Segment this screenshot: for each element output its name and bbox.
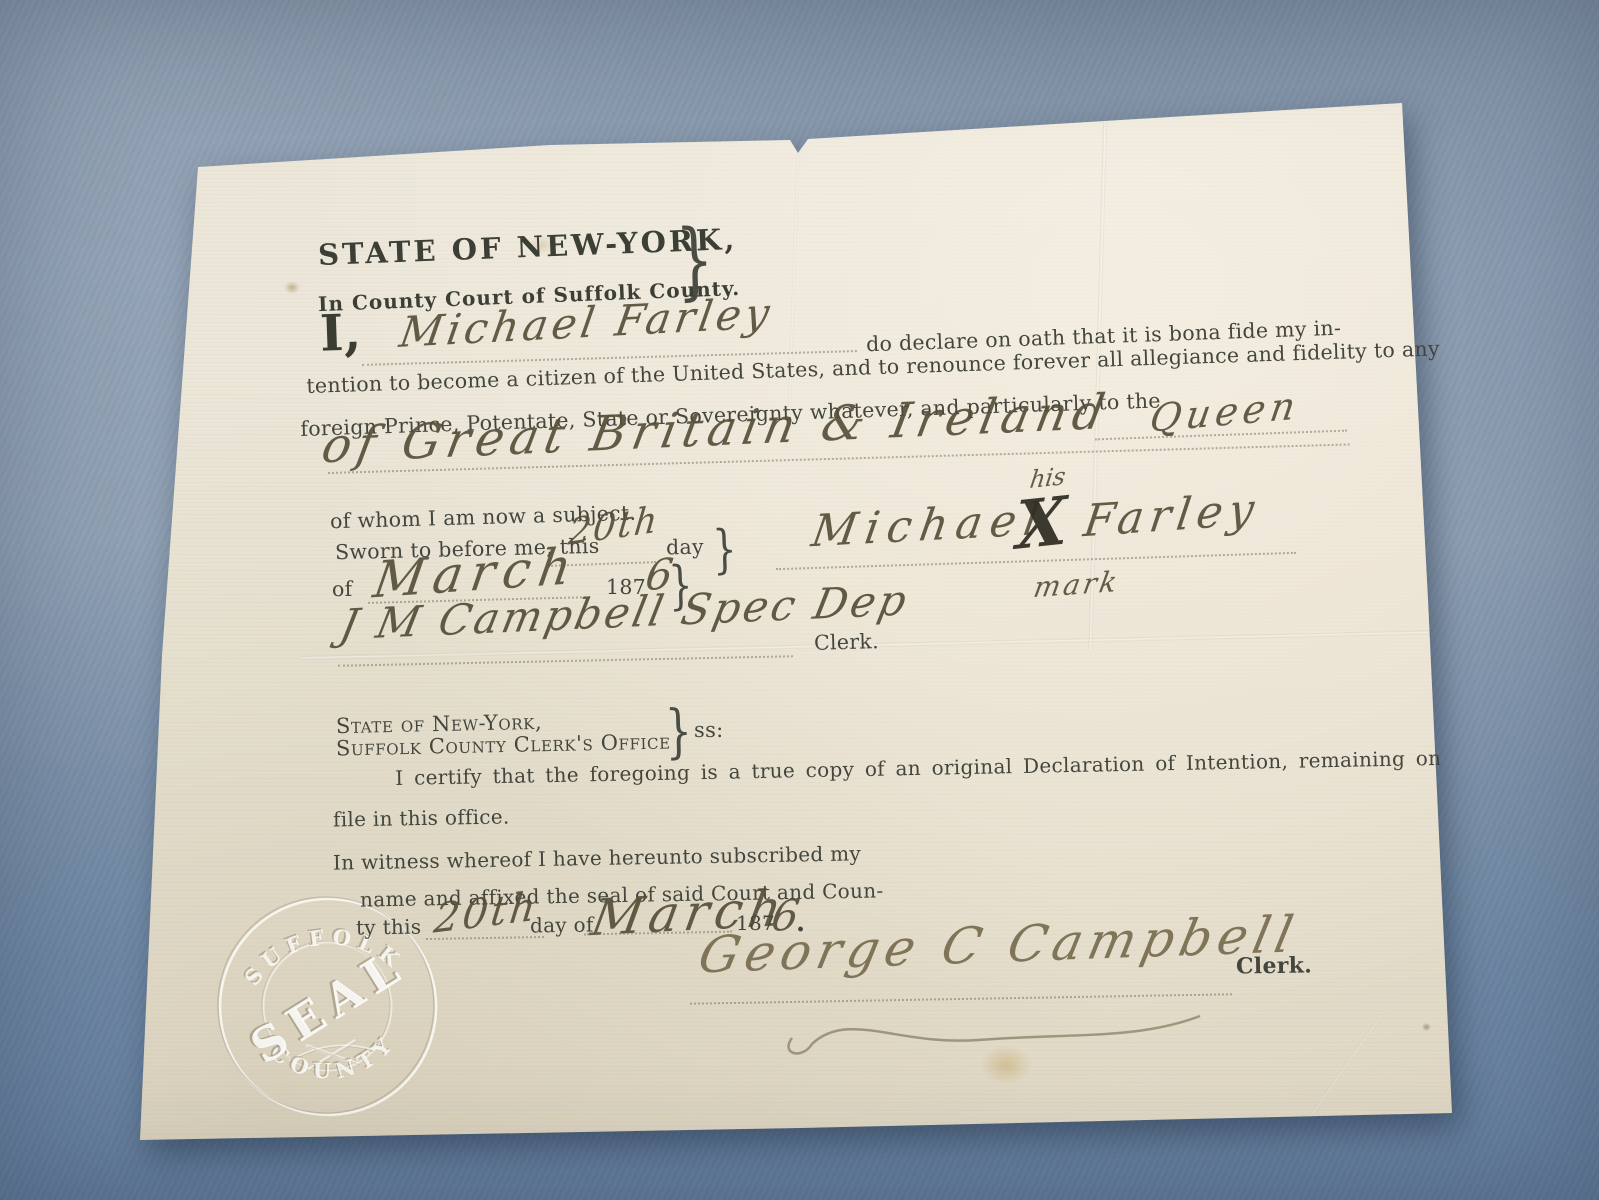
jurat-brace-1: } [712, 524, 738, 577]
cert-brace: } [664, 702, 692, 761]
embossed-seal: SUFFOLK SUFFOLK COUNTY COUNTY SEAL SEAL [194, 873, 460, 1139]
fold-crease-corner [1308, 1011, 1385, 1119]
mark-x: X [1016, 481, 1067, 565]
clerk-label: Clerk. [1236, 952, 1313, 979]
ornate-initial: I, [319, 302, 362, 362]
stain [284, 281, 300, 294]
stain [1422, 1023, 1431, 1031]
signature-flourish [778, 1000, 1208, 1070]
officer-clerk-label: Clerk. [814, 629, 880, 655]
mark-mark-label: mark [1031, 565, 1122, 604]
document-photo: SUFFOLK SUFFOLK COUNTY COUNTY SEAL SEAL … [0, 0, 1599, 1200]
cert-witness-line3: ty this [356, 915, 422, 940]
cert-body-line2: file in this office. [333, 804, 510, 831]
cert-ss-label: ss: [694, 718, 724, 742]
jurat-of-label: of [332, 577, 353, 601]
